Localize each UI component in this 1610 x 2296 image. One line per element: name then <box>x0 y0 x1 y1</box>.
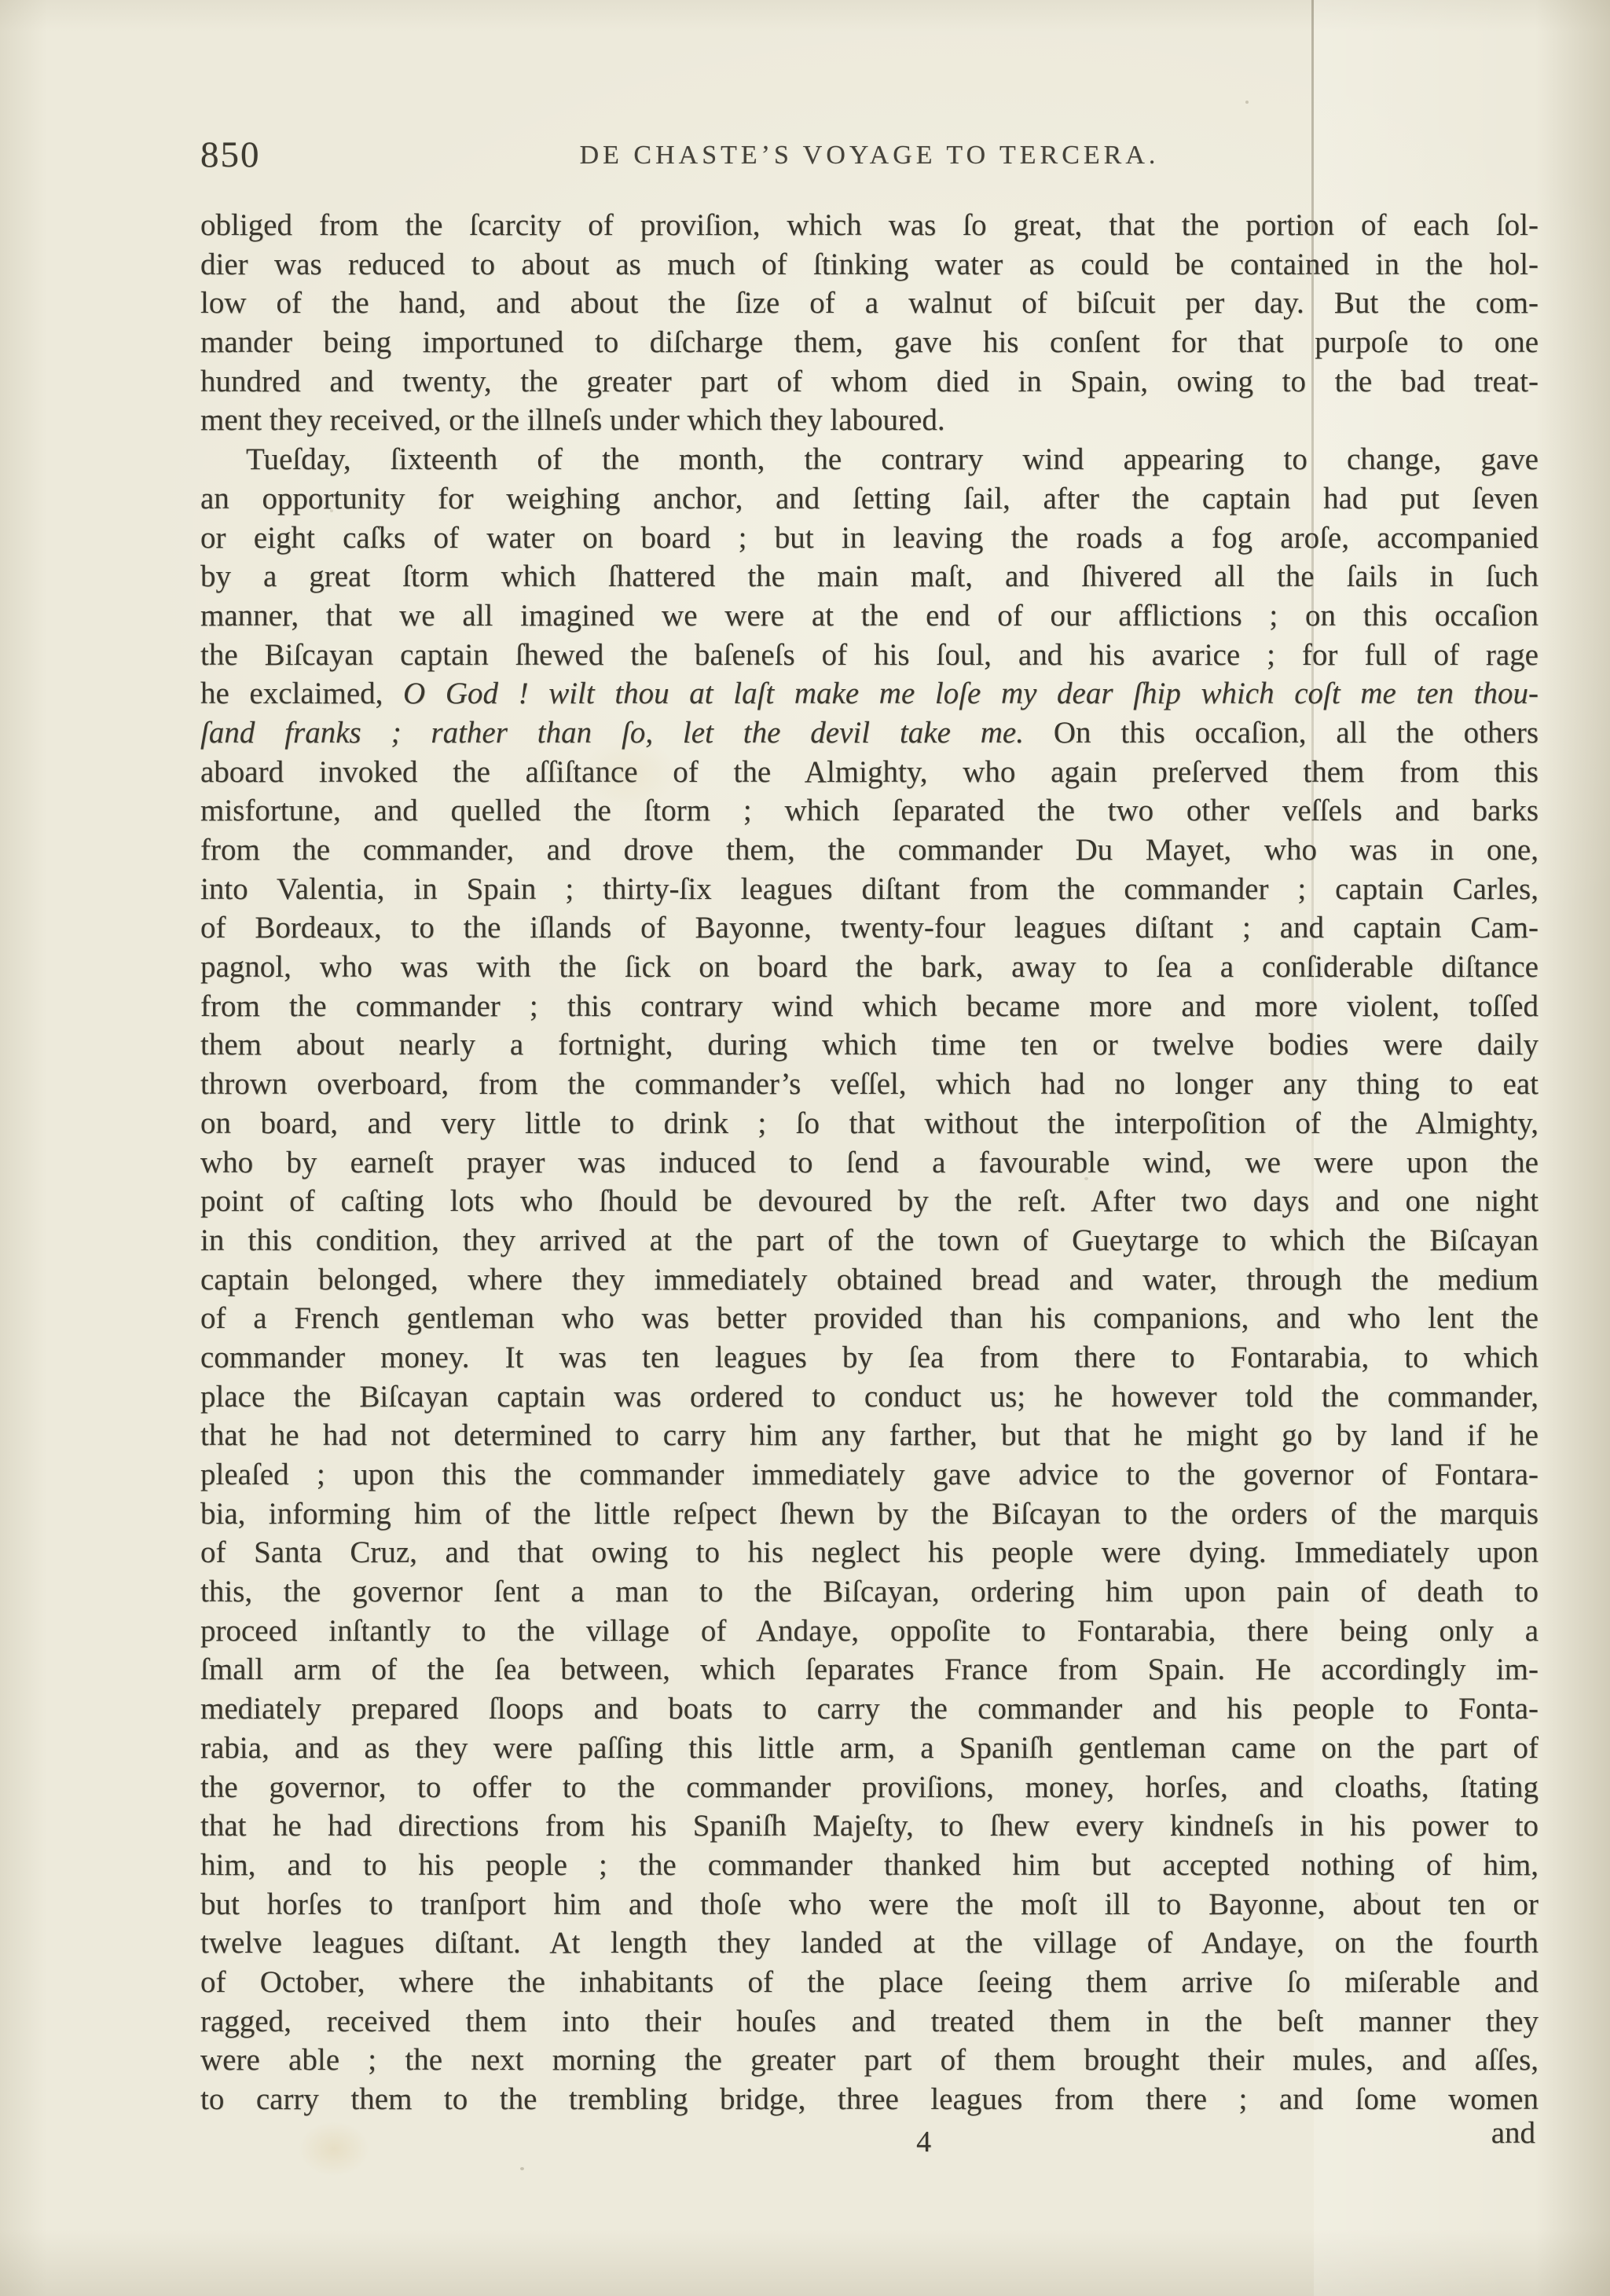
text-line: by a great ſtorm which ſhattered the mai… <box>200 557 1538 596</box>
text-line: proceed inſtantly to the village of Anda… <box>200 1612 1538 1651</box>
text-line: were able ; the next morning the greater… <box>200 2041 1538 2080</box>
text-line: this, the governor ſent a man to the Biſ… <box>200 1572 1538 1612</box>
page-footer: 4 and <box>200 2115 1538 2170</box>
text-segment: bia, informing him of the little reſpect… <box>200 1497 1538 1531</box>
text-line: low of the hand, and about the ſize of a… <box>200 284 1538 323</box>
text-segment: On this occaſion, all the others <box>1024 716 1538 750</box>
text-line: commander money. It was ten leagues by ſ… <box>200 1338 1538 1377</box>
text-line: or eight caſks of water on board ; but i… <box>200 519 1538 558</box>
text-segment: but horſes to tranſport him and thoſe wh… <box>200 1887 1538 1921</box>
text-segment: him, and to his people ; the commander t… <box>200 1848 1538 1882</box>
text-segment: that he had not determined to carry him … <box>200 1418 1538 1452</box>
text-line: thrown overboard, from the commander’s v… <box>200 1065 1538 1104</box>
text-line: but horſes to tranſport him and thoſe wh… <box>200 1885 1538 1924</box>
text-line: twelve leagues diſtant. At length they l… <box>200 1924 1538 1963</box>
text-line: from the commander, and drove them, the … <box>200 831 1538 870</box>
text-segment: he exclaimed, <box>200 677 403 710</box>
text-line: into Valentia, in Spain ; thirty-ſix lea… <box>200 870 1538 909</box>
text-line: them about nearly a fortnight, during wh… <box>200 1025 1538 1065</box>
text-segment: low of the hand, and about the ſize of a… <box>200 286 1538 320</box>
text-line: aboard invoked the aſſiſtance of the Alm… <box>200 753 1538 792</box>
text-line: on board, and very little to drink ; ſo … <box>200 1104 1538 1143</box>
text-segment: rabia, and as they were paſſing this lit… <box>200 1731 1538 1765</box>
text-line: that he had directions from his Spaniſh … <box>200 1806 1538 1846</box>
text-segment: by a great ſtorm which ſhattered the mai… <box>200 559 1538 593</box>
running-title: DE CHASTE’S VOYAGE TO TERCERA. <box>580 141 1160 171</box>
text-segment: misfortune, and quelled the ſtorm ; whic… <box>200 794 1538 827</box>
text-line: mediately prepared ſloops and boats to c… <box>200 1689 1538 1729</box>
text-segment: from the commander, and drove them, the … <box>200 833 1538 867</box>
text-segment: O God ! wilt thou at laſt make me loſe m… <box>403 677 1538 710</box>
text-line: captain belonged, where they immediately… <box>200 1260 1538 1300</box>
book-page: 850 DE CHASTE’S VOYAGE TO TERCERA. oblig… <box>0 0 1610 2296</box>
page-header: 850 DE CHASTE’S VOYAGE TO TERCERA. <box>200 134 1538 182</box>
text-segment: ment they received, or the illneſs under… <box>200 403 945 437</box>
text-segment: them about nearly a fortnight, during wh… <box>200 1028 1538 1062</box>
signature-mark: 4 <box>916 2125 931 2159</box>
text-segment: of Bordeaux, to the iſlands of Bayonne, … <box>200 911 1538 944</box>
text-segment: in this condition, they arrived at the p… <box>200 1223 1538 1257</box>
text-segment: proceed inſtantly to the village of Anda… <box>200 1614 1538 1648</box>
text-segment: the Biſcayan captain ſhewed the baſeneſs… <box>200 638 1538 672</box>
text-segment: that he had directions from his Spaniſh … <box>200 1809 1538 1843</box>
text-segment: from the commander ; this contrary wind … <box>200 989 1538 1023</box>
text-line: ragged, received them into their houſes … <box>200 2002 1538 2041</box>
text-segment: on board, and very little to drink ; ſo … <box>200 1106 1538 1140</box>
text-line: manner, that we all imagined we were at … <box>200 596 1538 636</box>
text-segment: this, the governor ſent a man to the Biſ… <box>200 1575 1538 1608</box>
text-segment: into Valentia, in Spain ; thirty-ſix lea… <box>200 872 1538 906</box>
text-line: ſand franks ; rather than ſo, let the de… <box>200 713 1538 753</box>
text-segment: ſand franks ; rather than ſo, let the de… <box>200 716 1024 750</box>
text-segment: ſmall arm of the ſea between, which ſepa… <box>200 1652 1538 1686</box>
text-line: to carry them to the trembling bridge, t… <box>200 2080 1538 2119</box>
text-segment: of October, where the inhabitants of the… <box>200 1965 1538 1999</box>
text-line: point of caſting lots who ſhould be devo… <box>200 1182 1538 1221</box>
text-segment: mediately prepared ſloops and boats to c… <box>200 1692 1538 1726</box>
text-segment: twelve leagues diſtant. At length they l… <box>200 1926 1538 1960</box>
text-segment: who by earneſt prayer was induced to ſen… <box>200 1146 1538 1179</box>
text-line: he exclaimed, O God ! wilt thou at laſt … <box>200 674 1538 713</box>
text-segment: of a French gentleman who was better pro… <box>200 1301 1538 1335</box>
text-segment: obliged from the ſcarcity of proviſion, … <box>200 208 1538 242</box>
text-segment: ragged, received them into their houſes … <box>200 2004 1538 2038</box>
text-segment: aboard invoked the aſſiſtance of the Alm… <box>200 755 1538 789</box>
text-line: Tueſday, ſixteenth of the month, the con… <box>200 440 1538 479</box>
text-line: the Biſcayan captain ſhewed the baſeneſs… <box>200 636 1538 675</box>
paper-speck <box>1245 101 1249 104</box>
text-segment: mander being importuned to diſcharge the… <box>200 325 1538 359</box>
text-line: that he had not determined to carry him … <box>200 1416 1538 1455</box>
text-segment: place the Biſcayan captain was ordered t… <box>200 1380 1538 1414</box>
text-line: ſmall arm of the ſea between, which ſepa… <box>200 1650 1538 1689</box>
text-line: rabia, and as they were paſſing this lit… <box>200 1729 1538 1768</box>
text-segment: commander money. It was ten leagues by ſ… <box>200 1341 1538 1374</box>
text-line: pleaſed ; upon this the commander immedi… <box>200 1455 1538 1495</box>
text-segment: Tueſday, ſixteenth of the month, the con… <box>246 442 1538 476</box>
text-segment: thrown overboard, from the commander’s v… <box>200 1067 1538 1101</box>
text-segment: pagnol, who was with the ſick on board t… <box>200 950 1538 984</box>
text-segment: the governor, to offer to the commander … <box>200 1770 1538 1804</box>
text-line: of Bordeaux, to the iſlands of Bayonne, … <box>200 908 1538 948</box>
text-segment: point of caſting lots who ſhould be devo… <box>200 1184 1538 1218</box>
text-segment: of Santa Cruz, and that owing to his neg… <box>200 1535 1538 1569</box>
text-line: of Santa Cruz, and that owing to his neg… <box>200 1533 1538 1572</box>
text-line: obliged from the ſcarcity of proviſion, … <box>200 206 1538 245</box>
text-segment: captain belonged, where they immediately… <box>200 1263 1538 1297</box>
text-segment: or eight caſks of water on board ; but i… <box>200 521 1538 555</box>
text-segment: were able ; the next morning the greater… <box>200 2043 1538 2077</box>
text-line: ment they received, or the illneſs under… <box>200 401 1538 440</box>
text-line: bia, informing him of the little reſpect… <box>200 1495 1538 1534</box>
text-line: pagnol, who was with the ſick on board t… <box>200 948 1538 987</box>
text-line: the governor, to offer to the commander … <box>200 1768 1538 1807</box>
text-segment: pleaſed ; upon this the commander immedi… <box>200 1458 1538 1491</box>
text-line: dier was reduced to about as much of ſti… <box>200 245 1538 284</box>
text-line: place the Biſcayan captain was ordered t… <box>200 1377 1538 1417</box>
page-number: 850 <box>200 134 261 176</box>
text-segment: dier was reduced to about as much of ſti… <box>200 248 1538 281</box>
text-segment: manner, that we all imagined we were at … <box>200 599 1538 633</box>
text-line: who by earneſt prayer was induced to ſen… <box>200 1143 1538 1183</box>
text-line: mander being importuned to diſcharge the… <box>200 323 1538 362</box>
text-segment: to carry them to the trembling bridge, t… <box>200 2082 1538 2116</box>
text-line: hundred and twenty, the greater part of … <box>200 362 1538 402</box>
text-line: an opportunity for weighing anchor, and … <box>200 479 1538 519</box>
text-line: in this condition, they arrived at the p… <box>200 1221 1538 1260</box>
text-block: obliged from the ſcarcity of proviſion, … <box>200 206 1538 2119</box>
text-line: of October, where the inhabitants of the… <box>200 1963 1538 2002</box>
text-line: misfortune, and quelled the ſtorm ; whic… <box>200 791 1538 831</box>
text-line: him, and to his people ; the commander t… <box>200 1846 1538 1885</box>
text-line: from the commander ; this contrary wind … <box>200 987 1538 1026</box>
text-line: of a French gentleman who was better pro… <box>200 1299 1538 1338</box>
text-segment: hundred and twenty, the greater part of … <box>200 365 1538 398</box>
text-segment: an opportunity for weighing anchor, and … <box>200 482 1538 515</box>
catchword: and <box>1491 2115 1535 2151</box>
